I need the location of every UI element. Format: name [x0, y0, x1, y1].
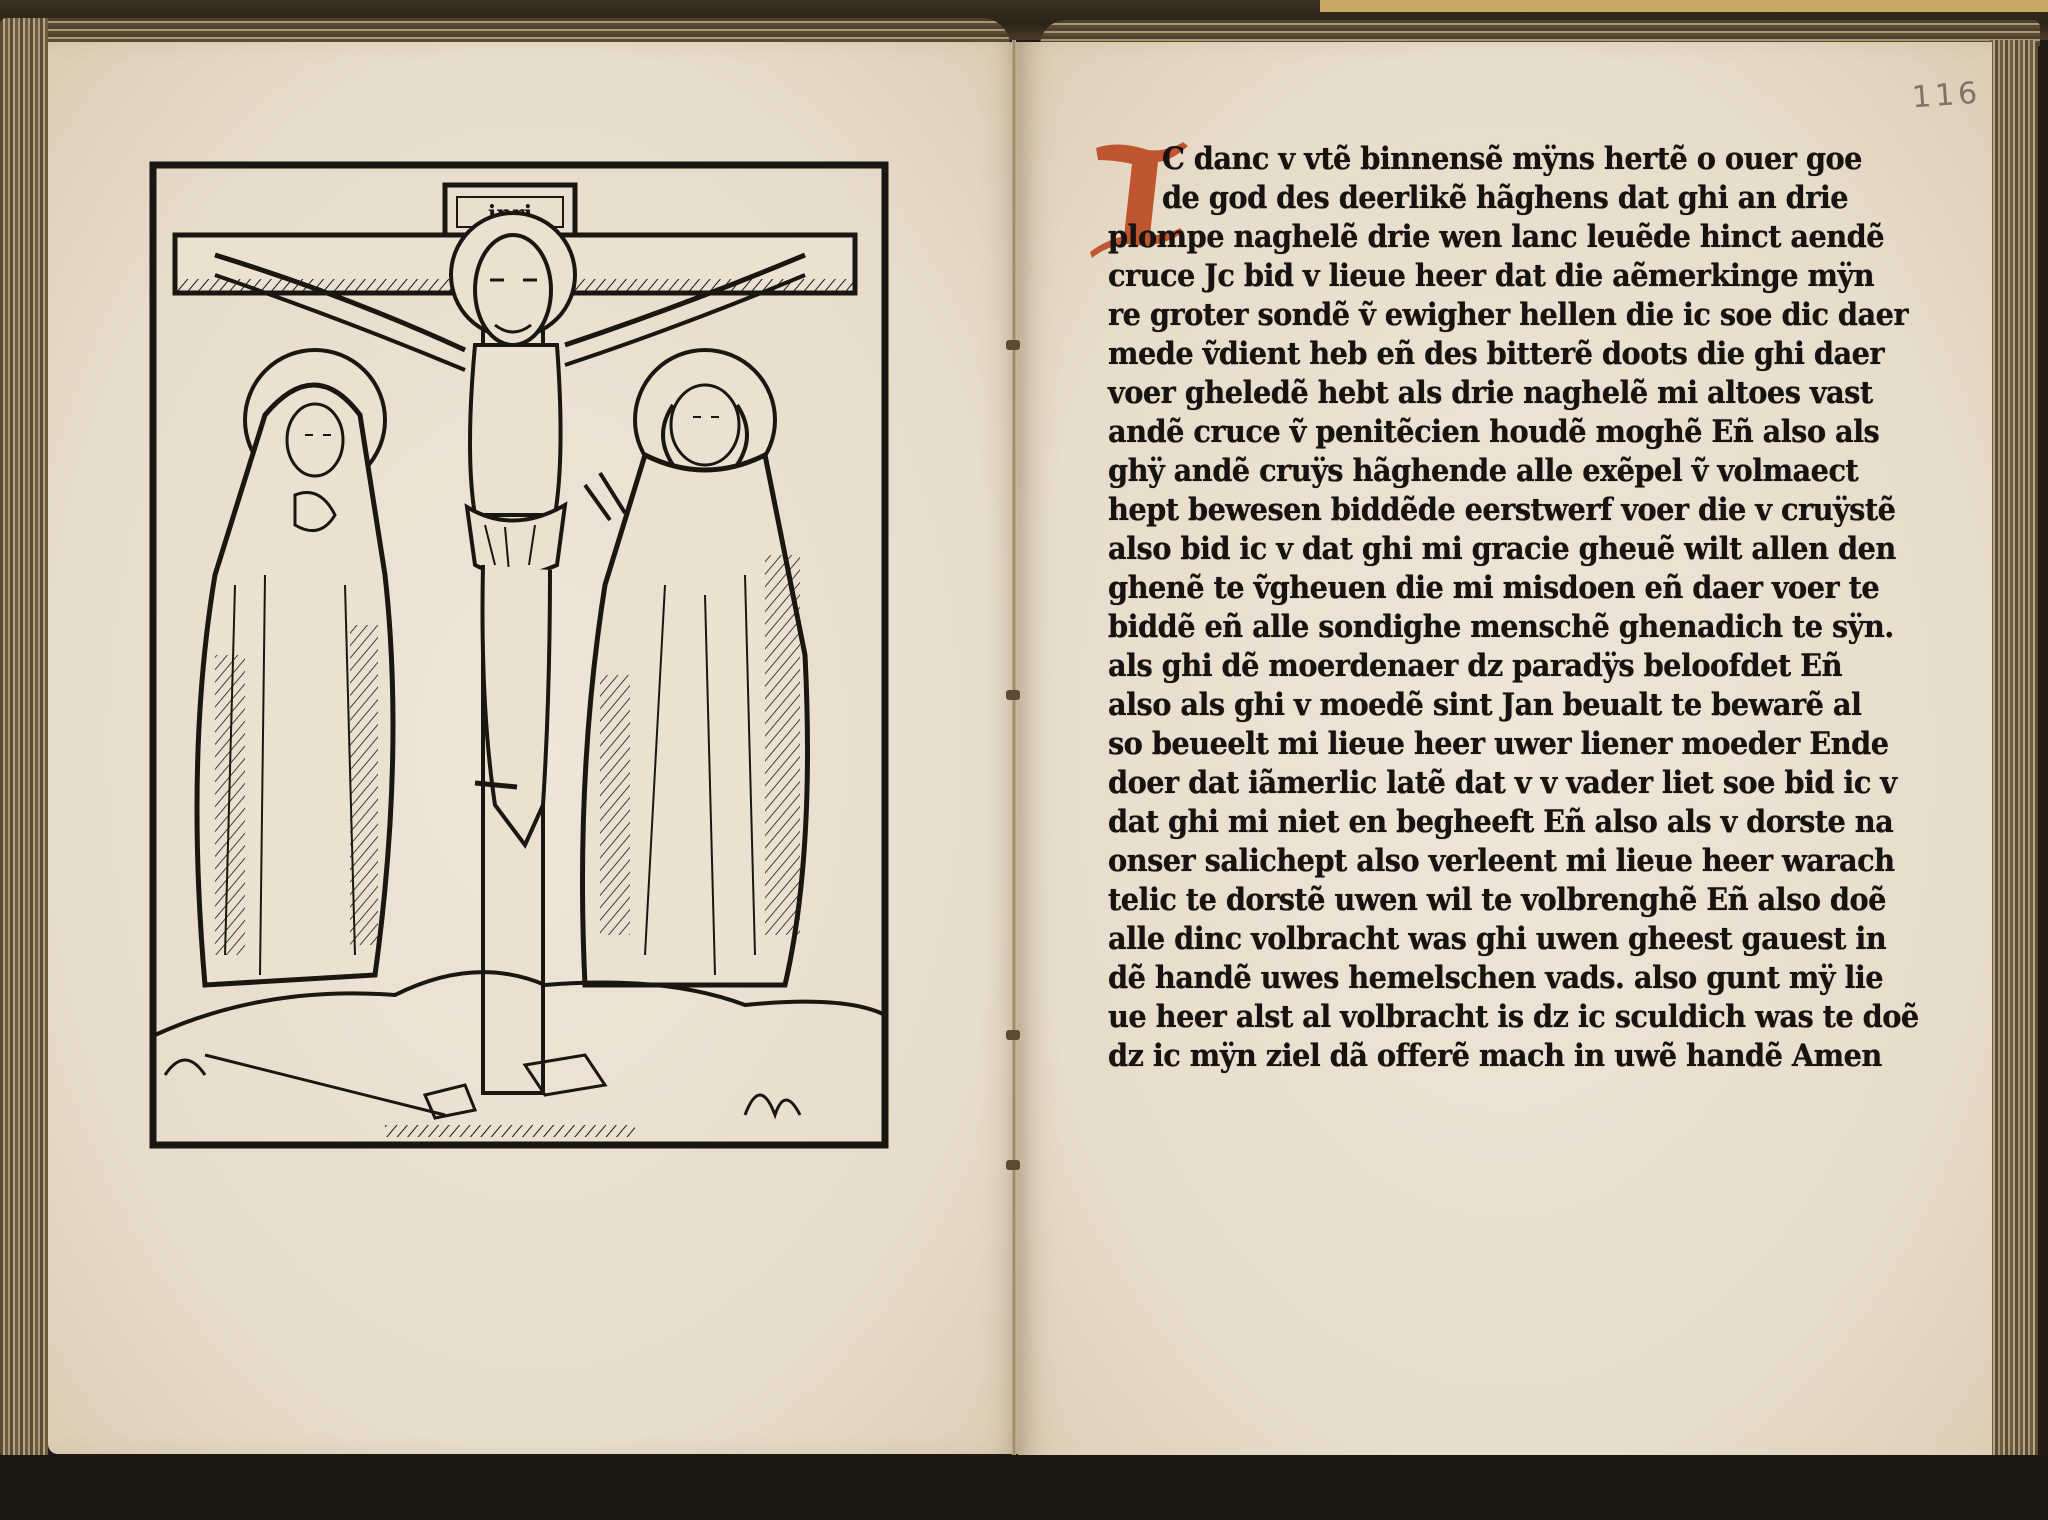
binding-stitch — [1006, 1030, 1020, 1040]
text-line: re groter sondẽ ṽ ewigher hellen die ic … — [1108, 296, 1845, 335]
text-line: als ghi dẽ moerdenaer dz paradÿs beloofd… — [1108, 647, 1845, 686]
text-line: cruce Jc bid v lieue heer dat die aẽmerk… — [1108, 257, 1845, 296]
text-line: dẽ handẽ uwes hemelschen vads. also gunt… — [1108, 959, 1845, 998]
text-line: doer dat iãmerlic latẽ dat v v vader lie… — [1108, 764, 1845, 803]
text-line: biddẽ eñ alle sondighe menschẽ ghenadich… — [1108, 608, 1845, 647]
text-line: de god des deerlikẽ hãghens dat ghi an d… — [1108, 179, 1845, 218]
page-edges-right — [1990, 40, 2038, 1480]
decorated-cover-strip — [1320, 0, 2048, 12]
binding-stitch — [1006, 690, 1020, 700]
gutter — [1012, 40, 1016, 1470]
text-line: plompe naghelẽ drie wen lanc leuẽde hinc… — [1108, 218, 1845, 257]
text-line: voer gheledẽ hebt als drie naghelẽ mi al… — [1108, 374, 1845, 413]
text-line: so beueelt mi lieue heer uwer liener moe… — [1108, 725, 1845, 764]
text-line: alle dinc volbracht was ghi uwen gheest … — [1108, 920, 1845, 959]
text-line: also bid ic v dat ghi mi gracie gheuẽ wi… — [1108, 530, 1845, 569]
blackletter-text-block: C danc v vtẽ binnensẽ mÿns hertẽ o ouer … — [1108, 140, 1900, 1076]
text-line: telic te dorstẽ uwen wil te volbrenghẽ E… — [1108, 881, 1845, 920]
text-line: C danc v vtẽ binnensẽ mÿns hertẽ o ouer … — [1108, 140, 1845, 179]
text-line: andẽ cruce ṽ penitẽcien houdẽ moghẽ Eñ a… — [1108, 413, 1845, 452]
text-line: also als ghi v moedẽ sint Jan beualt te … — [1108, 686, 1845, 725]
page-edges-left — [0, 18, 48, 1458]
text-line: ue heer alst al volbracht is dz ic sculd… — [1108, 998, 1845, 1037]
crucifixion-illustration: inri — [145, 155, 890, 1160]
binding-stitch — [1006, 340, 1020, 350]
text-line: dz ic mÿn ziel dã offerẽ mach in uwẽ han… — [1108, 1037, 1845, 1076]
text-line: ghÿ andẽ cruÿs hãghende alle exẽpel ṽ vo… — [1108, 452, 1845, 491]
text-line: mede ṽdient heb eñ des bitterẽ doots die… — [1108, 335, 1845, 374]
woodcut-crucifixion: inri — [145, 155, 890, 1160]
folio-number: 116 — [1911, 76, 1983, 116]
text-line: dat ghi mi niet en begheeft Eñ also als … — [1108, 803, 1845, 842]
binding-stitch — [1006, 1160, 1020, 1170]
background-cloth — [0, 1455, 2048, 1520]
text-line: onser salichept also verleent mi lieue h… — [1108, 842, 1845, 881]
text-line: ghenẽ te ṽgheuen die mi misdoen eñ daer … — [1108, 569, 1845, 608]
text-line: hept bewesen biddẽde eerstwerf voer die … — [1108, 491, 1845, 530]
